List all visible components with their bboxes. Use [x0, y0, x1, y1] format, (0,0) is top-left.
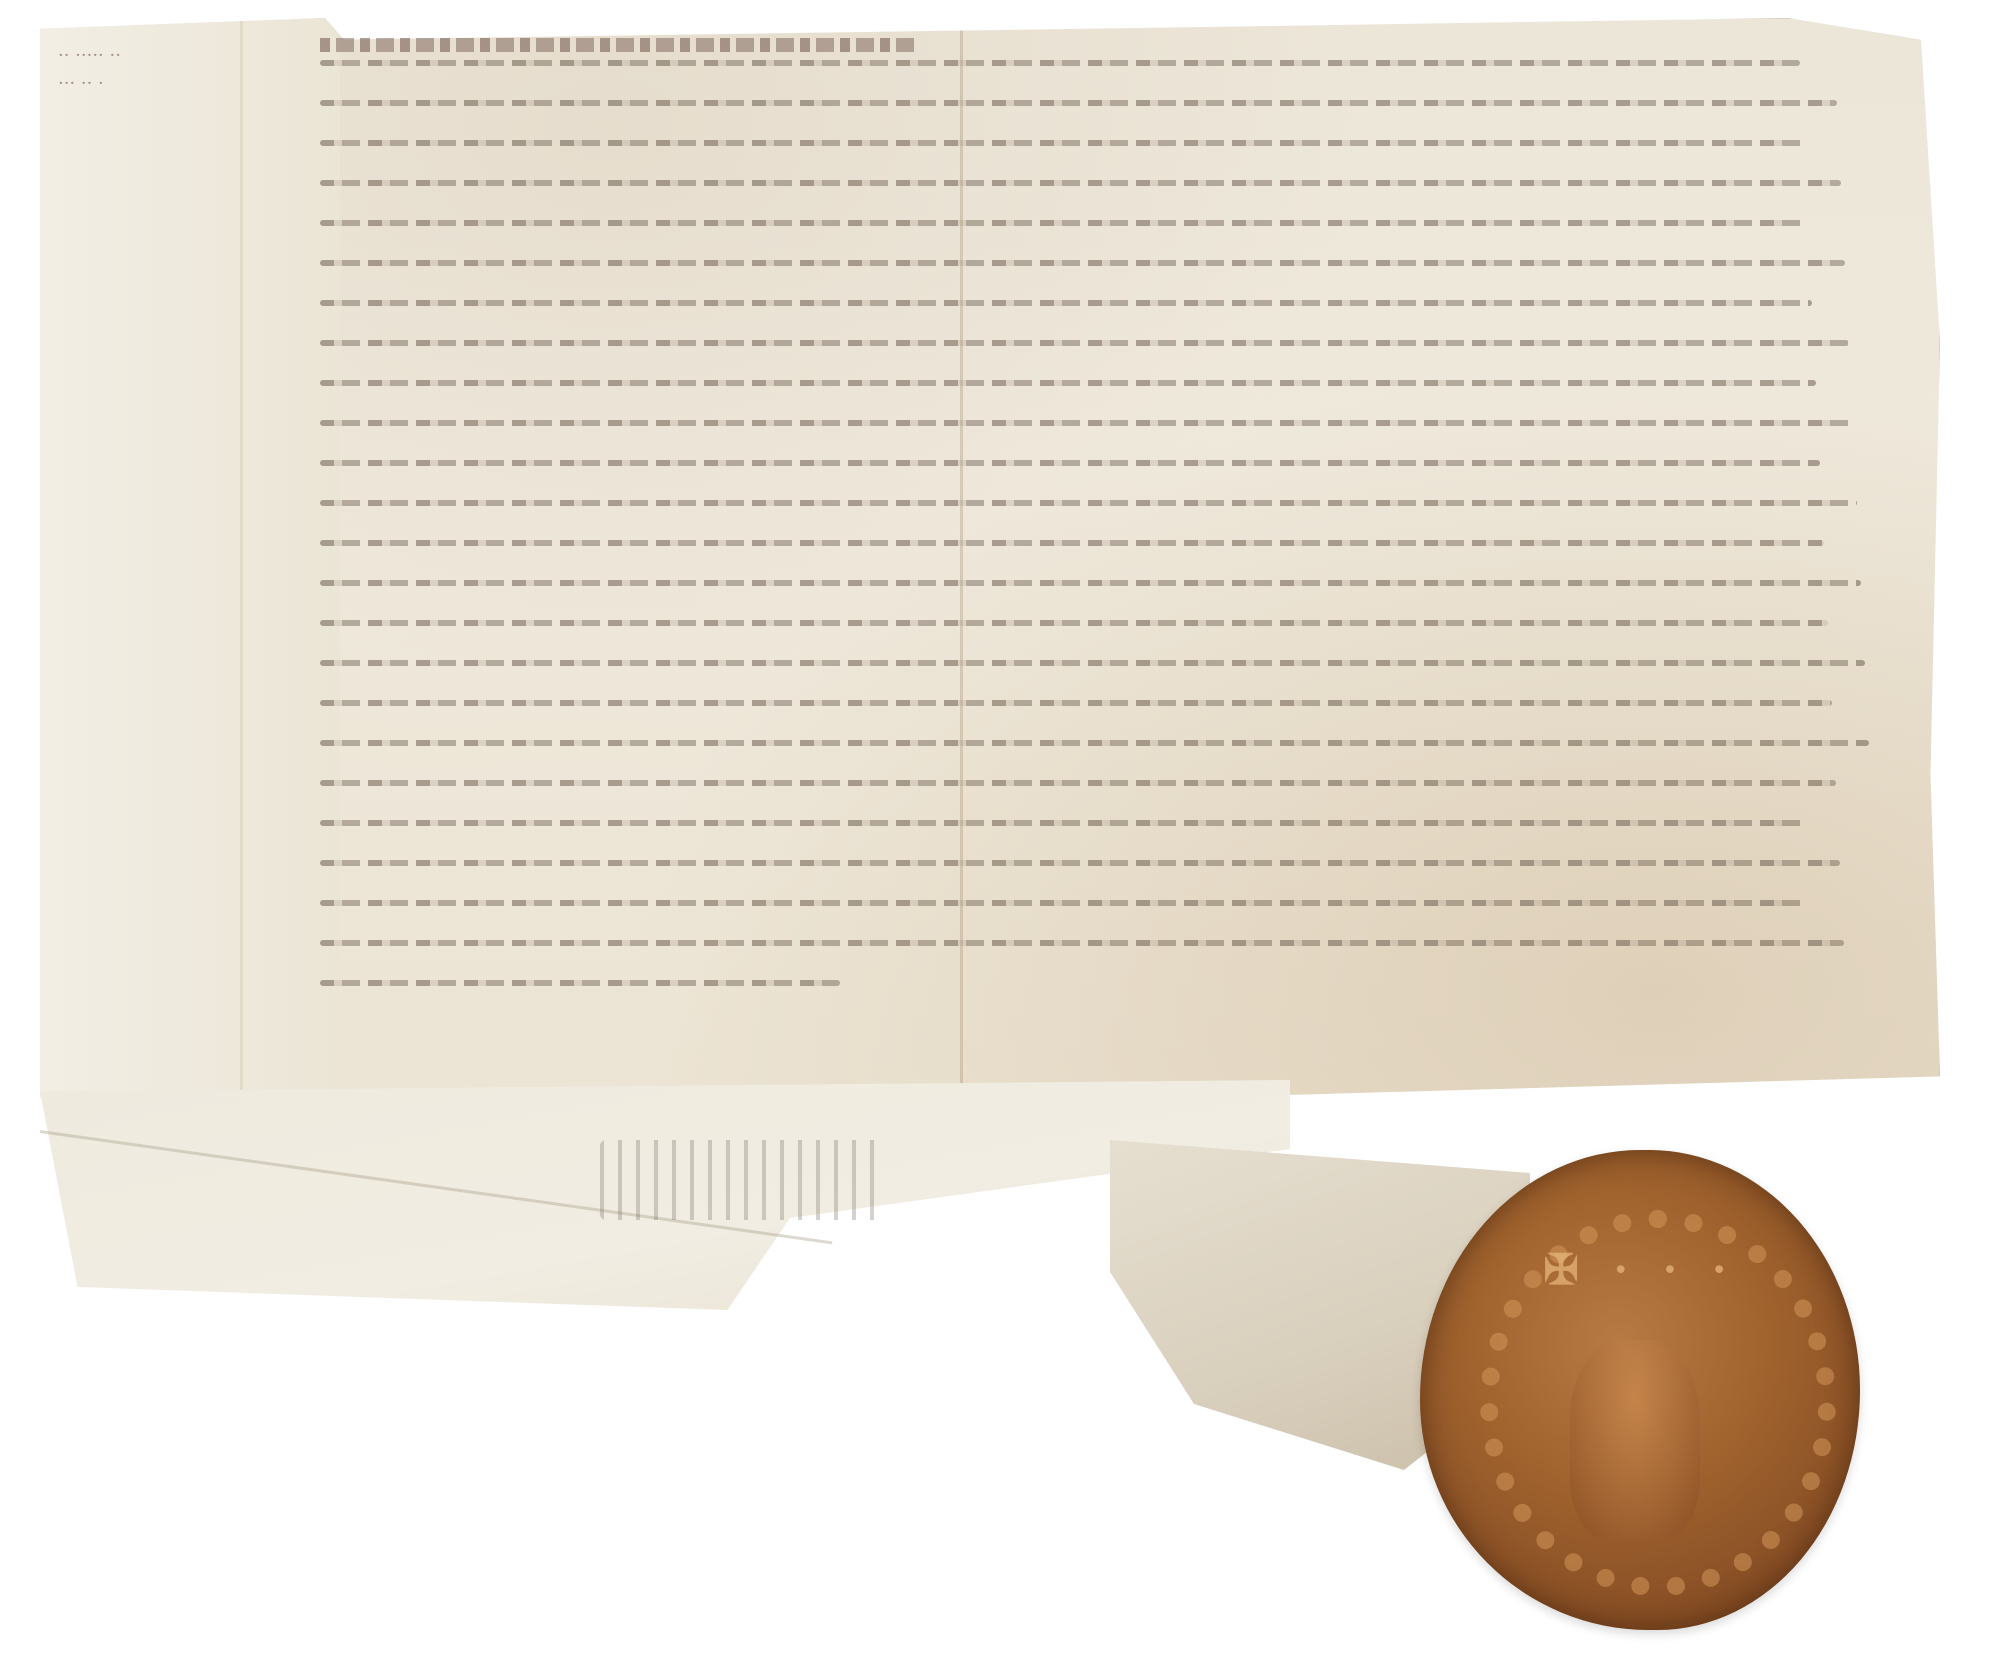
script-line: [320, 940, 1844, 946]
script-line: [320, 420, 1853, 426]
invocation-heading-script: [320, 38, 920, 52]
script-line: [320, 220, 1808, 226]
script-line: [320, 580, 1861, 586]
archive-shelfmark-note: ·· ····· ·· ··· ·· ·: [58, 42, 121, 98]
script-line: [320, 700, 1832, 706]
script-line: [320, 140, 1804, 146]
seal-legend: ✠ · · ·: [1420, 1245, 1860, 1294]
script-line: [320, 180, 1841, 186]
script-line: [320, 300, 1812, 306]
script-line: [320, 860, 1840, 866]
script-line: [320, 460, 1820, 466]
seal-central-figure: [1570, 1340, 1700, 1540]
script-line: [320, 740, 1869, 746]
script-line: [320, 260, 1845, 266]
margin-fold-line: [240, 18, 243, 1098]
script-line: [320, 60, 1800, 66]
charter-photograph: ·· ····· ·· ··· ·· · ✠ · · ·: [0, 0, 2000, 1664]
archive-note-line-2: ··· ·· ·: [58, 70, 121, 98]
script-line: [320, 980, 840, 986]
script-line: [320, 820, 1803, 826]
script-line: [320, 500, 1857, 506]
wax-seal: ✠ · · ·: [1420, 1150, 1860, 1630]
script-line: [320, 100, 1837, 106]
signature-mark: [600, 1140, 880, 1220]
left-blank-margin: [40, 18, 340, 1098]
script-line: [320, 340, 1849, 346]
archive-note-line-1: ·· ····· ··: [58, 42, 121, 70]
script-line: [320, 660, 1865, 666]
script-line: [320, 900, 1807, 906]
charter-text-block: [320, 60, 1870, 1060]
script-line: [320, 620, 1828, 626]
script-line: [320, 540, 1824, 546]
script-line: [320, 780, 1836, 786]
script-line: [320, 380, 1816, 386]
